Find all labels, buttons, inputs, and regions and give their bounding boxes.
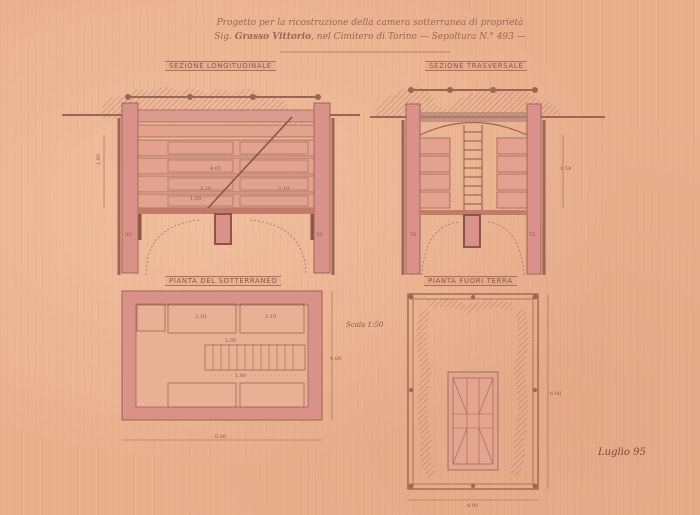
underground-plan: 6.00 2.10 2.10 2.05 1.00 4.00: [122, 291, 341, 440]
label-above-ground-plan: Pianta fuori terra: [424, 276, 517, 286]
label-underground-plan: Pianta del Sotterraneo: [165, 276, 281, 286]
scale-note: Scala 1:50: [346, 321, 383, 329]
svg-text:1.54: 1.54: [560, 166, 571, 172]
svg-text:2.05: 2.05: [225, 338, 236, 344]
svg-text:1.00: 1.00: [190, 196, 201, 202]
transverse-section: 1.54 55 55: [370, 86, 605, 275]
svg-text:4.00: 4.00: [330, 356, 341, 362]
label-longitudinal-section: Sezione Longitudinale: [165, 61, 276, 71]
svg-text:6.00: 6.00: [215, 434, 226, 440]
above-ground-plan: 6.00 4.00: [408, 294, 561, 509]
svg-text:2.10: 2.10: [265, 314, 276, 320]
svg-text:2.10: 2.10: [195, 314, 206, 320]
svg-text:55: 55: [410, 232, 416, 238]
svg-text:55: 55: [316, 232, 322, 238]
label-transverse-section: Sezione Trasversale: [425, 61, 527, 71]
svg-text:55: 55: [125, 232, 131, 238]
svg-text:55: 55: [529, 232, 535, 238]
longitudinal-section: 1.95 4.05 2.10 2.10 1.00 55 55: [62, 87, 360, 275]
svg-text:4.05: 4.05: [210, 166, 221, 172]
svg-text:6.00: 6.00: [550, 391, 561, 397]
svg-text:1.95: 1.95: [96, 154, 102, 165]
signature-date: Luglio 95: [598, 447, 646, 458]
svg-text:2.10: 2.10: [278, 186, 289, 192]
svg-text:4.00: 4.00: [467, 503, 478, 509]
svg-text:2.10: 2.10: [200, 186, 211, 192]
architectural-drawing: 1.95 4.05 2.10 2.10 1.00 55 55: [0, 0, 700, 515]
svg-text:1.00: 1.00: [235, 373, 246, 379]
